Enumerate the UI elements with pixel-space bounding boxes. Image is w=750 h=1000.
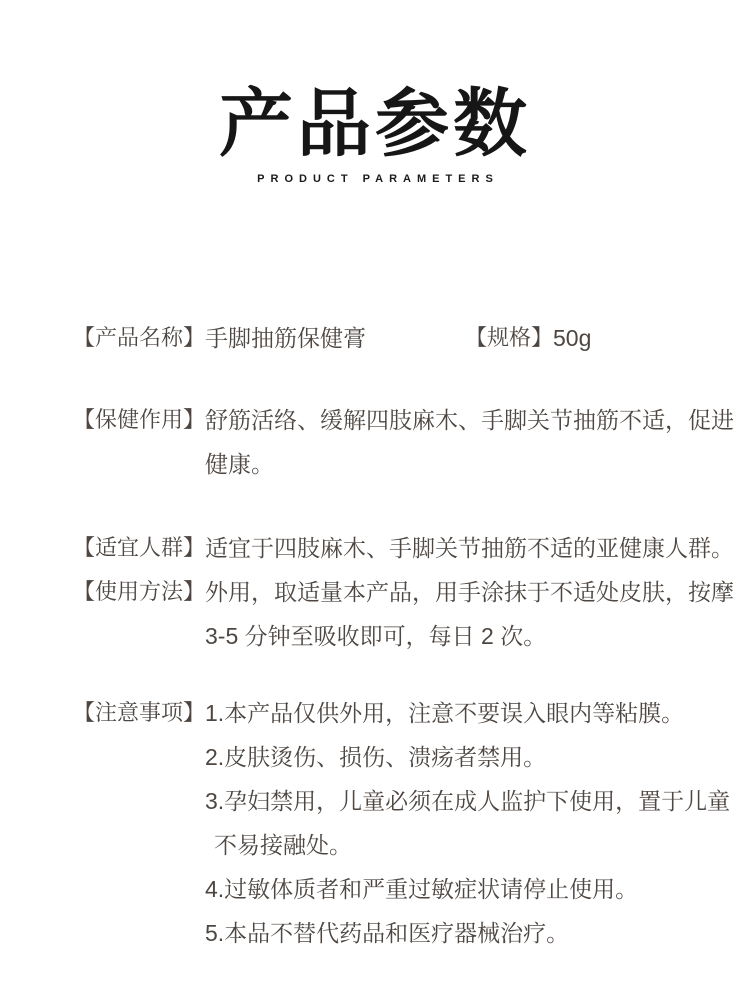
health-effect-label: 【保健作用】 (73, 398, 205, 442)
health-effect-line-1: 舒筋活络、缓解四肢麻木、手脚关节抽筋不适，促进 (205, 398, 720, 442)
suitable-people-line-1: 适宜于四肢麻木、手脚关节抽筋不适的亚健康人群。 (205, 526, 720, 570)
product-name-content: 手脚抽筋保健膏 【规格】 50g (205, 316, 720, 360)
usage-line-1: 外用，取适量本产品，用手涂抹于不适处皮肤，按摩 (205, 570, 720, 614)
health-effect-content: 舒筋活络、缓解四肢麻木、手脚关节抽筋不适，促进 健康。 (205, 398, 720, 486)
usage-label: 【使用方法】 (73, 570, 205, 614)
spec-list: 【产品名称】 手脚抽筋保健膏 【规格】 50g 【保健作用】 舒筋活络、缓解四肢… (0, 316, 750, 955)
product-name-value: 手脚抽筋保健膏 (205, 316, 465, 360)
page-header: 产品参数 PRODUCT PARAMETERS (0, 86, 750, 185)
notes-item-3-line-2: 不易接融处。 (205, 823, 720, 867)
section-usage: 【使用方法】 外用，取适量本产品，用手涂抹于不适处皮肤，按摩 3-5 分钟至吸收… (73, 570, 720, 658)
notes-label: 【注意事项】 (73, 691, 205, 735)
usage-line-2: 3-5 分钟至吸收即可，每日 2 次。 (205, 614, 720, 658)
notes-content: 1.本产品仅供外用，注意不要误入眼内等粘膜。 2.皮肤烫伤、损伤、溃疡者禁用。 … (205, 691, 720, 955)
notes-item-1: 1.本产品仅供外用，注意不要误入眼内等粘膜。 (205, 691, 720, 735)
notes-item-5: 5.本品不替代药品和医疗器械治疗。 (205, 911, 720, 955)
notes-item-3-line-1: 3.孕妇禁用，儿童必须在成人监护下使用，置于儿童 (205, 779, 720, 823)
spec-label: 【规格】 (465, 316, 553, 360)
spec-value: 50g (553, 316, 591, 360)
section-health-effect: 【保健作用】 舒筋活络、缓解四肢麻木、手脚关节抽筋不适，促进 健康。 (73, 398, 720, 486)
suitable-people-content: 适宜于四肢麻木、手脚关节抽筋不适的亚健康人群。 (205, 526, 720, 570)
section-suitable-people: 【适宜人群】 适宜于四肢麻木、手脚关节抽筋不适的亚健康人群。 (73, 526, 720, 570)
page-subtitle: PRODUCT PARAMETERS (0, 173, 750, 185)
product-name-label: 【产品名称】 (73, 316, 205, 360)
notes-item-4: 4.过敏体质者和严重过敏症状请停止使用。 (205, 867, 720, 911)
product-parameters-page: 产品参数 PRODUCT PARAMETERS 【产品名称】 手脚抽筋保健膏 【… (0, 0, 750, 1000)
usage-content: 外用，取适量本产品，用手涂抹于不适处皮肤，按摩 3-5 分钟至吸收即可，每日 2… (205, 570, 720, 658)
notes-item-2: 2.皮肤烫伤、损伤、溃疡者禁用。 (205, 735, 720, 779)
section-notes: 【注意事项】 1.本产品仅供外用，注意不要误入眼内等粘膜。 2.皮肤烫伤、损伤、… (73, 691, 720, 955)
page-title: 产品参数 (0, 86, 750, 164)
health-effect-line-2: 健康。 (205, 442, 720, 486)
suitable-people-label: 【适宜人群】 (73, 526, 205, 570)
section-product-name: 【产品名称】 手脚抽筋保健膏 【规格】 50g (73, 316, 720, 360)
